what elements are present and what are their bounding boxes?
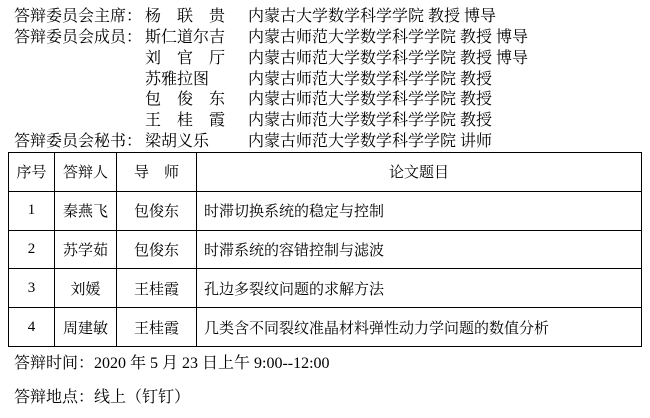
committee-member-affiliation: 内蒙古师范大学数学科学学院 教授 博导 xyxy=(248,49,528,70)
cell-index: 3 xyxy=(9,269,55,308)
cell-advisor: 王桂霞 xyxy=(117,308,197,347)
committee-member-affiliation: 内蒙古师范大学数学科学学院 教授 xyxy=(248,70,492,91)
committee-section: 答辩委员会主席： 杨 联 贵 内蒙古大学数学科学学院 教授 博导 答辩委员会成员… xyxy=(14,7,644,153)
committee-member-affiliation: 内蒙古师范大学数学科学学院 教授 xyxy=(248,111,492,132)
committee-role-label: 答辩委员会成员： xyxy=(14,28,142,49)
committee-member-affiliation: 内蒙古师范大学数学科学学院 教授 博导 xyxy=(248,28,528,49)
table-header-row: 序号 答辩人 导 师 论文题目 xyxy=(9,153,642,192)
cell-advisor: 包俊东 xyxy=(117,191,197,230)
committee-member-name: 斯仁道尔吉 xyxy=(145,28,225,49)
defense-schedule-table: 序号 答辩人 导 师 论文题目 1 秦燕飞 包俊东 时滞切换系统的稳定与控制 2… xyxy=(8,152,642,347)
table-row: 3 刘媛 王桂霞 孔边多裂纹问题的求解方法 xyxy=(9,269,642,308)
defense-time-line: 答辩时间：2020 年 5 月 23 日上午 9:00--12:00 xyxy=(14,353,330,374)
table-row: 2 苏学茹 包俊东 时滞系统的容错控制与滤波 xyxy=(9,230,642,269)
cell-thesis-title: 几类含不同裂纹准晶材料弹性动力学问题的数值分析 xyxy=(197,308,642,347)
cell-thesis-title: 时滞切换系统的稳定与控制 xyxy=(197,191,642,230)
table-row: 4 周建敏 王桂霞 几类含不同裂纹准晶材料弹性动力学问题的数值分析 xyxy=(9,308,642,347)
cell-defender: 秦燕飞 xyxy=(55,191,117,230)
cell-thesis-title: 孔边多裂纹问题的求解方法 xyxy=(197,269,642,308)
committee-member-name: 梁胡义乐 xyxy=(145,132,209,153)
committee-line: 答辩委员会主席： 杨 联 贵 内蒙古大学数学科学学院 教授 博导 xyxy=(14,7,644,28)
table-header-defender: 答辩人 xyxy=(55,153,117,192)
cell-thesis-title: 时滞系统的容错控制与滤波 xyxy=(197,230,642,269)
committee-line: 答辩委员会秘书： 梁胡义乐 内蒙古师范大学数学科学学院 讲师 xyxy=(14,132,644,153)
cell-defender: 刘媛 xyxy=(55,269,117,308)
cell-index: 1 xyxy=(9,191,55,230)
committee-member-name: 苏雅拉图 xyxy=(145,70,209,91)
committee-line: 刘 官 厅 内蒙古师范大学数学科学学院 教授 博导 xyxy=(14,49,644,70)
cell-advisor: 包俊东 xyxy=(117,230,197,269)
defense-location-line: 答辩地点：线上（钉钉） xyxy=(14,387,190,408)
committee-line: 包 俊 东 内蒙古师范大学数学科学学院 教授 xyxy=(14,90,644,111)
committee-role-label: 答辩委员会主席： xyxy=(14,7,142,28)
committee-member-affiliation: 内蒙古师范大学数学科学学院 讲师 xyxy=(248,132,492,153)
cell-defender: 周建敏 xyxy=(55,308,117,347)
cell-advisor: 王桂霞 xyxy=(117,269,197,308)
cell-index: 2 xyxy=(9,230,55,269)
table-header-advisor: 导 师 xyxy=(117,153,197,192)
committee-member-name: 包 俊 东 xyxy=(145,90,225,111)
cell-defender: 苏学茹 xyxy=(55,230,117,269)
table-header-thesis-title: 论文题目 xyxy=(197,153,642,192)
committee-line: 苏雅拉图 内蒙古师范大学数学科学学院 教授 xyxy=(14,70,644,91)
committee-member-affiliation: 内蒙古师范大学数学科学学院 教授 xyxy=(248,90,492,111)
table-header-index: 序号 xyxy=(9,153,55,192)
committee-member-affiliation: 内蒙古大学数学科学学院 教授 博导 xyxy=(248,7,496,28)
committee-role-label: 答辩委员会秘书： xyxy=(14,132,142,153)
committee-line: 王 桂 霞 内蒙古师范大学数学科学学院 教授 xyxy=(14,111,644,132)
cell-index: 4 xyxy=(9,308,55,347)
committee-member-name: 王 桂 霞 xyxy=(145,111,225,132)
committee-member-name: 刘 官 厅 xyxy=(145,49,225,70)
table-row: 1 秦燕飞 包俊东 时滞切换系统的稳定与控制 xyxy=(9,191,642,230)
committee-member-name: 杨 联 贵 xyxy=(145,7,225,28)
committee-line: 答辩委员会成员： 斯仁道尔吉 内蒙古师范大学数学科学学院 教授 博导 xyxy=(14,28,644,49)
